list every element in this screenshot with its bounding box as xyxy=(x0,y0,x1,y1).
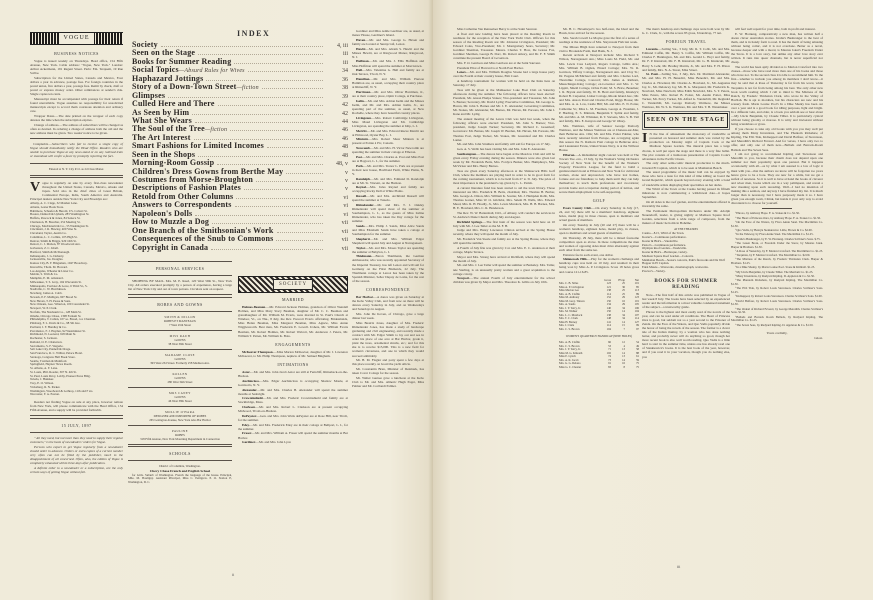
notice-paragraph: Thielmann.—Baron Thielmann, the German A… xyxy=(352,254,424,283)
schools-title: SCHOOLS xyxy=(128,450,232,457)
golf-table2-title: WOMEN'S QUARTERLY HANDICAP (NINE HOLES) xyxy=(559,334,639,338)
notice-paragraph: Mr. H. M. Flagler and party spent a few … xyxy=(352,358,424,366)
index-entry-page: iii xyxy=(326,51,348,57)
index-entry-page: 48 xyxy=(326,153,348,159)
index-leader-dots xyxy=(211,248,323,250)
index-entry[interactable]: Haphazard Jottings36 xyxy=(132,74,348,82)
index-entry-page: 34 xyxy=(326,68,348,74)
notice-text: Judge and Mrs. Henry Lawrence Clinton ar… xyxy=(453,228,555,236)
notice-text: The Rev. W. W. Battershall, D.D., of Alb… xyxy=(453,211,555,219)
golf-notices: Essex County Club.—On every Saturday in … xyxy=(559,206,639,274)
notice-text: Mr. H. C. Havemeyer's two half-rater, th… xyxy=(559,27,639,35)
index-leader-dots xyxy=(195,121,323,123)
notice-paragraph: Park.—Mr. and Mrs. Trenor L. Park are at… xyxy=(352,164,424,176)
shop-listing: KOLLENGOWNS280 West 34th Street xyxy=(128,372,232,384)
notice-paragraph: Mr. H. C. Havemeyer's two half-rater, th… xyxy=(559,27,639,35)
golf-results-table: GrossH'capNetMrs. C. B. Stiles12325101Mi… xyxy=(559,279,639,332)
index-leader-dots xyxy=(262,87,323,89)
seen-on-stage-banner: SEEN ON THE STAGE xyxy=(644,113,728,128)
theatre-listings: Casino—8.15, Whirl of the Town.Koster's—… xyxy=(642,232,730,273)
notice-paragraph: Clarkson.—Mr. and Mrs. Robert L. Clarkso… xyxy=(238,405,348,413)
notice-paragraph: Edey.—Mr. and Mrs. Frederick Edey are in… xyxy=(238,423,348,431)
masthead-title: VOGUE xyxy=(60,33,94,44)
complaints-note: Complaints.—Subscribers who fail to rece… xyxy=(30,142,123,158)
business-notices-column: VOGUE BUSINESS NOTICES Vogue is issued w… xyxy=(30,32,123,475)
personal-services-text: SHOPPING BY MAIL. Mrs. M. E. Reed, 120 W… xyxy=(128,279,232,291)
dealer-entry: Worcester, F. A. Easton. xyxy=(30,393,123,397)
index-entry[interactable]: The Soul of the Tree—fiction46 xyxy=(132,124,348,132)
notice-text: A Fourth of July fête was given by Col. … xyxy=(453,246,555,254)
index-leader-dots xyxy=(276,239,323,241)
notice-text: Mrs. F. O. Garrison and Miss Garrison ar… xyxy=(457,61,541,65)
stage-dropcap: I xyxy=(642,133,647,145)
index-entry[interactable]: Children's Dress Gowns from Berthe Mayv xyxy=(132,167,348,175)
society-banner-title: SOCIETY xyxy=(273,279,313,290)
dealers-list: Albany, A. C. Clapp, 32 Maiden Lane.Atla… xyxy=(30,202,123,397)
index-entry[interactable]: Seen in the Shops48 xyxy=(132,150,348,158)
paragraph: The only other semi-comic musical produc… xyxy=(642,161,730,169)
shop-listing: PAULINEROBES318 Fifth Avenue, New York M… xyxy=(128,429,232,441)
index-entry[interactable]: Consequences of the Snub to Commonsvii xyxy=(132,234,348,242)
dealers-closing: Readers not finding Vogue on sale at any… xyxy=(30,400,123,412)
paragraph: On all sides is the roof garden, and the… xyxy=(642,200,730,208)
notice-paragraph: A handicap tournament for women will be … xyxy=(453,79,555,87)
index-leader-dots xyxy=(235,205,323,207)
notice-paragraph: Shepherd.—Mr. and Mrs. William Edgar She… xyxy=(352,237,424,245)
index-leader-dots xyxy=(161,45,323,47)
society-banner-ornament: SOCIETY xyxy=(238,276,348,293)
index-leader-dots xyxy=(256,180,323,182)
table-row: Mrs. C. S. Brown104797 xyxy=(559,328,639,332)
paragraph: The Permanent Metropolitan Orchestra und… xyxy=(642,209,730,225)
notice-paragraph: On every Tuesday in July (20 and 27) the… xyxy=(559,223,639,235)
right-column-1: Miss Catharine Van Rensselaer Berry is a… xyxy=(453,27,555,285)
right-column-4: will feel well repaid for your time, bot… xyxy=(731,27,823,341)
notice-paragraph: Gardiner and Miss Adèle Gardiner are, as… xyxy=(352,29,424,37)
notice-paragraph: The Misses Bligh have returned to Newpor… xyxy=(559,45,639,53)
index-entry[interactable]: Retold from Other Columnsvi xyxy=(132,192,348,200)
notice-text: Miss Beatrix Jones, daughter of Mrs. Fre… xyxy=(352,321,424,358)
notice-text: The Misses Bligh have returned to Newpor… xyxy=(559,45,639,53)
notice-paragraph: Entrance fee in each event, one dollar. xyxy=(559,253,639,257)
index-entry-page: vii xyxy=(326,246,348,252)
index-entry-page: iii xyxy=(326,60,348,66)
index-entry-page: vii xyxy=(326,229,348,235)
index-entry-page: vi xyxy=(326,203,348,209)
table-cell: 75 xyxy=(625,366,639,370)
notice-text: Mayor and Mrs. Strong have arrived at Ri… xyxy=(453,255,555,263)
notice-paragraph: Mrs. F. O. Garrison and Miss Garrison ar… xyxy=(453,61,555,65)
paragraph: Subscription for the United States, Cana… xyxy=(30,76,123,96)
index-entry-label: Copyright in Canada xyxy=(132,243,208,252)
business-notices-body: Vogue is issued weekly on Thursdays. Hea… xyxy=(30,59,123,135)
shop-address: 393 West 23d Street. Formerly 258 Madiso… xyxy=(128,361,232,365)
index-leader-dots xyxy=(194,138,323,140)
index-leader-dots xyxy=(192,113,323,115)
books-article-part1: Note—The first half of this article was … xyxy=(642,293,730,359)
index-entry-page: 48, v xyxy=(326,161,348,167)
index-entry-page: vi xyxy=(326,212,348,218)
paragraph: IN the line of amusement the monotony of… xyxy=(642,132,730,161)
paragraph-text: The Whirl of the Town at the Casino havi… xyxy=(642,187,730,199)
notice-paragraph: Newcomb.—Mr. and Mrs. H. Victor Newcomb … xyxy=(352,146,424,154)
shop-address: 7 West 45th Street xyxy=(128,323,232,327)
notice-paragraph: Russell.—Mr. and Mrs. Archibald Russell … xyxy=(352,194,424,202)
index-entry[interactable]: Books for Summer Readingiii xyxy=(132,57,348,65)
left-page-number: ii xyxy=(232,572,234,577)
notice-text: Mr. Frederick Van Steele and family are … xyxy=(453,237,555,245)
table-cell: Mrs. C. S. Brown xyxy=(559,328,597,332)
notice-paragraph: Reynal.—Mrs. Jules Reynal and family are… xyxy=(352,185,424,193)
notice-text: A current literature fund has been start… xyxy=(453,186,555,210)
left-page: VOGUE BUSINESS NOTICES Vogue is issued w… xyxy=(0,0,433,600)
notice-paragraph: Teas are given every Saturday afternoon … xyxy=(453,169,555,185)
paragraph: Vogue is issued weekly on Thursdays. Hea… xyxy=(30,59,123,75)
society-continued-notices: Miss Catharine Van Rensselaer Berry is a… xyxy=(453,27,555,285)
index-leader-dots xyxy=(267,146,323,148)
notice-paragraph: Astor.—Mr. and Mrs. John Jacob Astor are… xyxy=(238,370,348,378)
notice-paragraph: Mr. and Mrs. J. Lee Tailer will spend th… xyxy=(453,263,555,275)
paragraph-text: On all sides is the roof garden, and the… xyxy=(642,200,730,208)
index-entry-subtitle: —fiction xyxy=(205,127,227,133)
notice-paragraph: Elberon.—A midsummer night concert was h… xyxy=(559,153,639,194)
foreign-travel-title: FOREIGN TRAVEL xyxy=(642,38,730,45)
notice-text: President Eliot of Harvard is at North E… xyxy=(457,66,524,70)
divider xyxy=(128,349,232,350)
index-entry-page: 36 xyxy=(326,77,348,83)
shop-listings: SMITH & DILLONROBES ET MANTEAUX7 West 45… xyxy=(128,315,232,441)
notice-paragraph: Hoffman.—Mr. and Mrs. J. Ellis Hoffman a… xyxy=(352,59,424,67)
magazine-spread: VOGUE BUSINESS NOTICES Vogue is issued w… xyxy=(0,0,873,600)
signature: Ghost. xyxy=(731,336,823,340)
table-cell: Miss G. C. Chester xyxy=(559,366,597,370)
notice-paragraph: Hewitt—Mr. and Mrs. Abram S. Hewitt and … xyxy=(352,47,424,59)
index-entry[interactable]: Answers to Correspondentsvi xyxy=(132,200,348,208)
business-notices-title: BUSINESS NOTICES xyxy=(30,50,123,57)
index-entry-page: vii xyxy=(326,220,348,226)
paragraph: I am not going to recommend Kipling and … xyxy=(731,152,823,205)
table-cell: 7 xyxy=(611,328,625,332)
paragraph: will feel well repaid for your time, bot… xyxy=(731,27,823,31)
table-cell: 83 xyxy=(597,366,611,370)
notice-text: Teas will be given at the Mahkeenac Lake… xyxy=(453,88,555,117)
index-entry[interactable]: How to Muzzle a Dogvii xyxy=(132,217,348,225)
notice-paragraph: Mr. Frederick Van Steele and family are … xyxy=(453,237,555,245)
married-title: MARRIED xyxy=(238,296,348,303)
golf-quarterly-table: Mrs. A. B. Claflin661254Mrs. C. S. Brown… xyxy=(559,341,639,369)
notice-paragraph: Hamilton.—Mr. and Mrs. William Pierson H… xyxy=(352,77,424,89)
notice-paragraph: Iselin.—Mr. and Mrs. Adrian Iselin and t… xyxy=(352,99,424,115)
notice-paragraph: Hall.—Mrs. Valentine G. Hall and family … xyxy=(352,68,424,76)
index-entry-page: 42 xyxy=(326,102,348,108)
right-page-number: iii xyxy=(677,564,680,569)
notice-paragraph: Taylor.—Mr. and Mrs. Moses Taylor are sp… xyxy=(352,246,424,254)
shop-listing: MISS RAUHGOWNS38 West 36th Street xyxy=(128,334,232,346)
society-notices: Gardiner and Miss Adèle Gardiner are, as… xyxy=(352,29,424,283)
notice-text: Gardiner and Miss Adèle Gardiner are, as… xyxy=(352,29,424,37)
index-entry-page: vii xyxy=(326,237,348,243)
index-entry-page: 44 xyxy=(326,119,348,125)
notice-text: —Sailing Sat., 3 July, Mr. R. T. Cobb, M… xyxy=(642,47,730,71)
table-cell: 104 xyxy=(597,328,611,332)
notice-text: Mr. H. M. Flagler and party spent a few … xyxy=(352,358,424,366)
newport-notices: Mr. H. C. Havemeyer's two half-rater, th… xyxy=(559,27,639,194)
notice-paragraph: A float and new landing have been placed… xyxy=(453,32,555,61)
index-entry-page: 42 xyxy=(326,111,348,117)
notice-paragraph: Randolph.—Mr. and Mrs. Edmund D. Randolp… xyxy=(352,177,424,185)
notice-paragraph: Miss Catharine Van Rensselaer Berry is a… xyxy=(453,27,555,31)
notice-paragraph: Mr. Constantin Brun, Minister of Denmark… xyxy=(352,367,424,375)
notice-text: On every Tuesday in July (20 and 27) the… xyxy=(559,223,639,235)
index-entry[interactable]: Costumes from Morse-Broughtonv xyxy=(132,175,348,183)
index-entry[interactable]: Napoleon's Dollsvi xyxy=(132,209,348,217)
divider xyxy=(128,406,232,407)
notice-paragraph: A Fourth of July fête was given by Col. … xyxy=(453,246,555,254)
advertisements-column: PERSONAL SERVICES SHOPPING BY MAIL. Mrs.… xyxy=(128,258,232,485)
notice-paragraph: Mrs. Sarah Cowell Le Moyne gave the firs… xyxy=(559,36,639,44)
paragraph-text: The usual programme of the music hall ca… xyxy=(642,170,730,186)
signoff: Yours cordially, xyxy=(731,331,823,335)
notice-text: —Mr. and Mrs. John Jacob Astor are still… xyxy=(238,370,348,378)
paragraph: The Whirl of the Town at the Casino havi… xyxy=(642,187,730,199)
notice-paragraph: DePeyster.—Gen. and Mrs. John Watts dePe… xyxy=(238,414,348,422)
notice-text: Mr. Constantin Brun, Minister of Denmark… xyxy=(352,367,424,375)
paragraph: E. W. Hornung, comparatively a new man, … xyxy=(731,32,823,65)
paragraph: A definite order to a newsdealer or a su… xyxy=(30,466,123,474)
notice-paragraph: Miss Beatrix Jones, daughter of Mrs. Fre… xyxy=(352,321,424,358)
index-entry[interactable]: Smart Fashions for Limited Incomes48 xyxy=(132,141,348,149)
notice-paragraph: Livingston.—Mrs. Robert Cambridge Living… xyxy=(352,116,424,128)
notice-paragraph: St. Paul.—Sailing Sat., 3 July, Rev. Dr.… xyxy=(642,72,730,109)
intimation-notices: Astor.—Mr. and Mrs. John Jacob Astor are… xyxy=(238,370,348,444)
paragraph-text: N the line of amusement the monotony of … xyxy=(642,132,730,161)
school-district: District of Columbia, Washington. xyxy=(128,464,232,468)
right-page: Miss Catharine Van Rensselaer Berry is a… xyxy=(433,0,873,600)
notice-paragraph: Alexander.—Mr. and Mrs. Charles B. Alexa… xyxy=(238,388,348,396)
notice-paragraph: Lenox.—Mr. and Mrs. William Douglas Sloa… xyxy=(453,70,555,78)
table-cell: 97 xyxy=(625,328,639,332)
shop-address: 280 West 34th Street xyxy=(128,380,232,384)
shop-listing: MRS CANEYGOWNS46 West 38th Street xyxy=(128,391,232,403)
intimations-title: INTIMATIONS xyxy=(238,361,348,368)
notice-text: A handicap tournament for women will be … xyxy=(453,79,555,87)
notice-text: Miss Catharine Van Rensselaer Berry is a… xyxy=(457,27,537,31)
index-entry[interactable]: Morning-Room Gossip48, v xyxy=(132,158,348,166)
notice-paragraph: Mayor and Mrs. Strong have arrived at Ri… xyxy=(453,255,555,263)
dealers-intro: ogue is regularly on sale by every first… xyxy=(30,181,123,201)
table-cell: 8 xyxy=(611,366,625,370)
right-column-3: The men's handicap and challenge cups we… xyxy=(642,27,730,359)
engagements-title: ENGAGEMENTS xyxy=(238,341,348,348)
index-entry-page: 4, iii xyxy=(326,43,348,49)
index-entry-page: 46 xyxy=(326,136,348,142)
notice-text: —Mrs. Valentine G. Hall and family are a… xyxy=(352,68,424,76)
index-leader-dots xyxy=(277,231,323,233)
books-article-part2: will feel well repaid for your time, bot… xyxy=(731,27,823,205)
footnote: “The Ordeal of Richard Feverel, by Georg… xyxy=(731,308,823,315)
index-entry[interactable]: As Seen by Him42 xyxy=(132,108,348,116)
index-entry[interactable]: Culled Here and There42 xyxy=(132,99,348,107)
notice-text: —Baron Thielmann, the German Ambassador,… xyxy=(352,254,424,283)
notice-paragraph: Gen. A. S. Webb has been visiting Mr. an… xyxy=(453,147,555,151)
notice-text: —Sailing Sat., 3 July, Rev. Dr. Maitland… xyxy=(642,72,730,109)
index-leader-dots xyxy=(236,197,323,199)
index-leader-dots xyxy=(198,155,323,157)
index-entry[interactable]: Descriptions of Fashion Platesv xyxy=(132,183,348,191)
index-entry[interactable]: What She Wears44 xyxy=(132,116,348,124)
correspondence-title: CORRESPONDENCE xyxy=(352,286,424,293)
notice-paragraph: Shinnecock Hills.—Play for the women's c… xyxy=(559,257,639,273)
notice-paragraph: The Rev. W. W. Battershall, D.D., of Alb… xyxy=(453,211,555,219)
index-leader-dots xyxy=(218,104,323,106)
entered-note: Entered at N. Y. City P. O. as 2d Class … xyxy=(30,167,123,171)
index-entry[interactable]: Glimpses39 xyxy=(132,91,348,99)
notice-paragraph: Mr. and Mrs. John Struthers and family w… xyxy=(453,142,555,146)
index-leader-dots xyxy=(286,172,323,174)
notice-paragraph: Harriman.—Mr. and Mrs. Oliver Harriman, … xyxy=(352,90,424,98)
index-entry-page: v xyxy=(326,178,348,184)
notice-text: —A midsummer night concert was held at T… xyxy=(559,153,639,194)
married-notices: Holmes-Beaman.—Mr. Edward Jackson Holmes… xyxy=(238,305,348,338)
shop-address: 318 Fifth Avenue, New York Mourning Depa… xyxy=(128,437,232,441)
paragraph: Wrapper Dates.—The date printed on the w… xyxy=(30,114,123,122)
paragraph: Manuscript must be accompanied with post… xyxy=(30,97,123,113)
notice-text: On Thursday, 29 July, there will be a mi… xyxy=(559,236,639,252)
notice-text: Mrs. John De Koven, of Chicago, gave a l… xyxy=(352,312,424,320)
shop-address: 38 West 36th Street xyxy=(128,342,232,346)
index-title: INDEX xyxy=(237,29,270,38)
index-entry[interactable]: Society4, iii xyxy=(132,40,348,48)
paragraph-text: The only other semi-comic musical produc… xyxy=(642,161,730,169)
notice-text: —Mr. Edward Jackson Holmes, grandson of … xyxy=(238,305,348,338)
notice-paragraph: The annual meeting of the Lenox Club was… xyxy=(453,117,555,142)
index-entry-page: v xyxy=(326,170,348,176)
notice-text: —Mr. and Mrs. Frederick Edey are in thei… xyxy=(238,423,348,431)
notice-paragraph: Rhinelander.—Mr. and Mrs. T. J. Oakley R… xyxy=(352,203,424,223)
paragraph: Phroso is the lightest and most easily r… xyxy=(642,310,730,359)
index-leader-dots xyxy=(234,62,323,64)
notice-heading: Gardiner. xyxy=(242,440,256,444)
notice-paragraph: McKeever-Thompson.—Miss Marion McKeever,… xyxy=(238,350,348,358)
index-entry[interactable]: Social Topics—Absurd Rules for Wives34 xyxy=(132,65,348,73)
paragraph: Persons who expect to get Vogue regularl… xyxy=(30,445,123,465)
index-entry-page: vi xyxy=(326,195,348,201)
shop-listing: MOLLIE O'HARADESIGNER AND IMPORTER OF RO… xyxy=(128,410,232,422)
index-leader-dots xyxy=(206,79,323,81)
personal-services-title: PERSONAL SERVICES xyxy=(128,265,232,272)
notice-text: Entrance fee in each event, one dollar. xyxy=(563,253,613,257)
index-entry[interactable]: Copyright in Canadavii xyxy=(132,243,348,251)
notice-paragraph: Mrs. Wetmore, wife of Senator George Pea… xyxy=(559,124,639,153)
index-leader-dots xyxy=(217,163,323,165)
notice-paragraph: Teas will be given at the Mahkeenac Lake… xyxy=(453,88,555,117)
notice-paragraph: Bar Harbor.—A dance was given on Saturda… xyxy=(352,295,424,311)
notice-paragraph: Mr. Walter Gurnee gave a luncheon at the… xyxy=(352,376,424,388)
notice-text: —Mr. and Mrs. Charles A. Post and Miss P… xyxy=(352,155,424,163)
index-entry-page: 39 xyxy=(326,94,348,100)
notice-paragraph: Newport.—The annual Fourth of July enter… xyxy=(453,276,555,284)
robes-gowns-title: ROBES AND GOWNS xyxy=(128,301,232,308)
dealers-section: Vogue is regularly on sale by every firs… xyxy=(30,181,123,412)
paragraph: If you choose to take any old books with… xyxy=(731,127,823,152)
index-entry-page: v xyxy=(326,186,348,192)
index-entry[interactable]: Story of a Down-Town Street—fiction38 xyxy=(132,82,348,90)
footnote: “Ballads and Barrack Room Ballads, by Ru… xyxy=(731,316,823,323)
notice-paragraph: Richfield Springs.—The first hunt of the… xyxy=(453,220,555,228)
index-entry[interactable]: The Art Interest46 xyxy=(132,133,348,141)
notice-paragraph: Gardiner.—Mr. and Mrs. John Lyon xyxy=(238,440,348,444)
index-entry-page: 38 xyxy=(326,85,348,91)
issue-date: 15 JULY, 1897 xyxy=(30,422,123,429)
books-footnotes: “Phroso, by Anthony Hope. F. A. Stokes &… xyxy=(731,212,823,327)
society-column-left: SOCIETY MARRIED Holmes-Beaman.—Mr. Edwar… xyxy=(238,276,348,445)
notice-paragraph: Haven.—Mr. and Mrs. George G. Haven and … xyxy=(352,38,424,46)
divider xyxy=(128,368,232,369)
foreign-travel-notices: Lucania.—Sailing Sat., 3 July, Mr. R. T.… xyxy=(642,47,730,109)
divider xyxy=(128,387,232,388)
footnote: “David Balfour, by Robert Louis Stevenso… xyxy=(731,300,823,307)
index-entry[interactable]: One Branch of the Smithsonian's Workvii xyxy=(132,226,348,234)
notice-text: Mrs. Wetmore, wife of Senator George Pea… xyxy=(559,124,639,153)
notice-paragraph: Post.—Mr. and Mrs. Charles A. Post and M… xyxy=(352,155,424,163)
paragraph: The world has been aptly divided as to M… xyxy=(731,65,823,126)
notice-paragraph: Essex County Club.—On every Saturday in … xyxy=(559,206,639,222)
society-column-right: Gardiner and Miss Adèle Gardiner are, as… xyxy=(352,29,424,389)
notice-paragraph: A current literature fund has been start… xyxy=(453,186,555,211)
seen-on-stage-article: IN the line of amusement the monotony of… xyxy=(642,132,730,225)
paragraph: Change of address.—The address of subscr… xyxy=(30,123,123,135)
notice-paragraph: Minturn.—Mrs. Robert Shaw Minturn is at … xyxy=(352,137,424,145)
notice-text: Teas are given every Saturday afternoon … xyxy=(453,169,555,185)
notice-text: —Mr. and Mrs. William Douglas Sloane had… xyxy=(453,70,555,78)
index-leader-dots xyxy=(248,70,323,72)
notice-paragraph: Sands.—Mrs. Philip J. Sands, Miss Alice … xyxy=(352,224,424,236)
notice-paragraph: Auchincloss.—Mrs. Edgar Auchincloss is o… xyxy=(238,379,348,387)
notice-text: —Mr. and Mrs. William A. Fraser will spe… xyxy=(238,431,348,439)
shop-address: 265 Lexington Avenue, New York Also Bar … xyxy=(128,418,232,422)
index-entry[interactable]: Seen on the Stageiii xyxy=(132,48,348,56)
books-title: BOOKS FOR SUMMER READING xyxy=(642,279,730,291)
paragraph: Note—The first half of this article was … xyxy=(642,293,730,309)
notice-text: Mrs. Sarah Cowell Le Moyne gave the firs… xyxy=(559,36,639,44)
paragraph-text: The Permanent Metropolitan Orchestra und… xyxy=(642,209,730,225)
footnote: “The Seven Seas, by Rudyard Kipling. D. … xyxy=(731,324,823,328)
theatre-entry: Proctor's—Variety. xyxy=(642,270,730,274)
notice-paragraph: Holmes-Beaman.—Mr. Edward Jackson Holmes… xyxy=(238,305,348,338)
dealers-dropcap: V xyxy=(30,182,40,194)
notice-paragraph: The men's handicap and challenge cups we… xyxy=(642,27,730,35)
index-entry-subtitle: —fiction xyxy=(237,85,259,91)
paragraph: " All they need, but not more than they … xyxy=(30,436,123,444)
notice-paragraph: President Eliot of Harvard is at North E… xyxy=(453,66,555,70)
notice-text: —Mr. and Mrs. John Lyon xyxy=(256,440,291,444)
paragraph: The usual programme of the music hall ca… xyxy=(642,170,730,186)
table-row: Miss G. C. Chester83875 xyxy=(559,366,639,370)
notice-paragraph: Southampton.—The dances have begun at th… xyxy=(453,152,555,168)
notice-text: The annual meeting of the Lenox Club was… xyxy=(453,117,555,141)
notice-paragraph: Fraser.—Mr. and Mrs. William A. Fraser w… xyxy=(238,431,348,439)
index-leader-dots xyxy=(244,188,323,190)
notice-text: The men's handicap and challenge cups we… xyxy=(642,27,730,35)
golf-title: GOLF xyxy=(559,197,639,204)
notice-text: Gen. A. S. Webb has been visiting Mr. an… xyxy=(457,147,546,151)
vogue-masthead-ornament: VOGUE xyxy=(30,32,123,45)
golf-cup-notice: The men's handicap and challenge cups we… xyxy=(642,27,730,35)
index-leader-dots xyxy=(198,53,323,55)
right-column-2: Mr. H. C. Havemeyer's two half-rater, th… xyxy=(559,27,639,369)
notice-paragraph: On Thursday, 29 July, there will be a mi… xyxy=(559,236,639,252)
notice-paragraph: Judge and Mrs. Henry Lawrence Clinton ar… xyxy=(453,228,555,236)
